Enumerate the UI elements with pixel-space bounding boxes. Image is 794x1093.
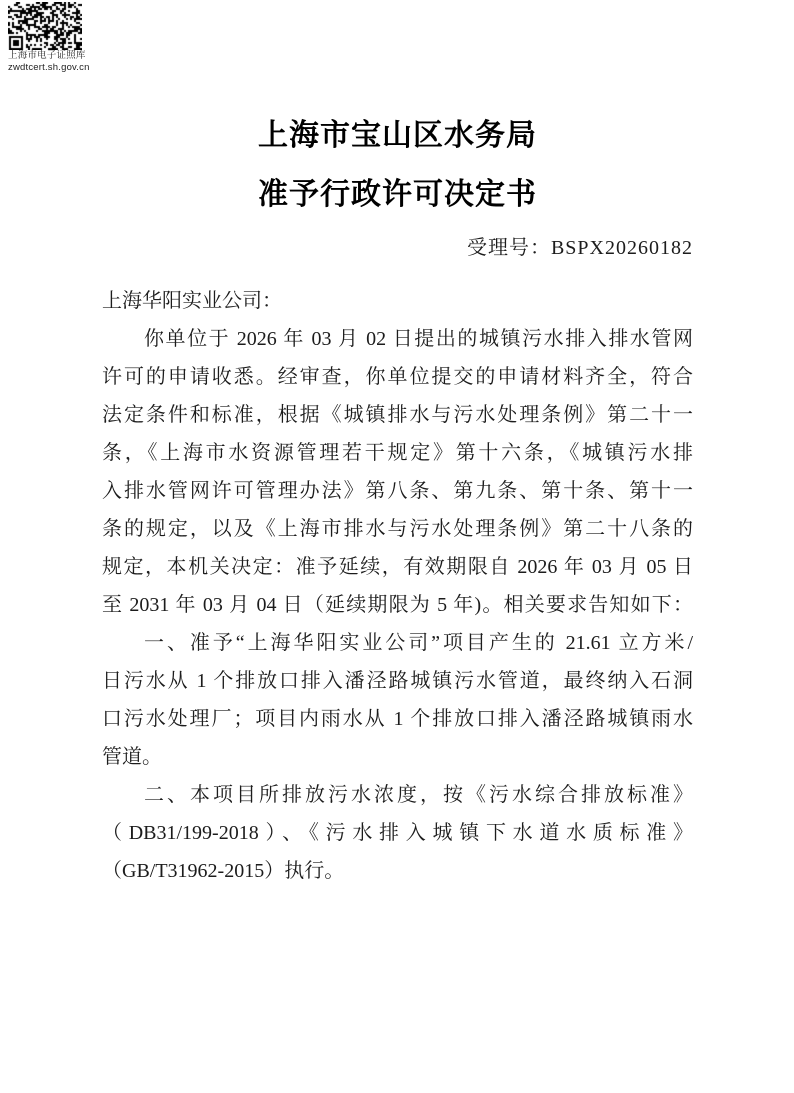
body-line: （GB/T31962-2015）执行。 bbox=[102, 852, 693, 890]
body-line: 管道。 bbox=[102, 738, 693, 776]
body-line: 许可的申请收悉。经审查，你单位提交的申请材料齐全，符合 bbox=[102, 358, 693, 396]
body-line-item-1: 一、准予“上海华阳实业公司”项目产生的 21.61 立方米/ bbox=[102, 624, 693, 662]
acceptance-number: 受理号：BSPX20260182 bbox=[102, 233, 693, 263]
body-line: 日污水从 1 个排放口排入潘泾路城镇污水管道，最终纳入石洞 bbox=[102, 662, 693, 700]
body-line: 至 2031 年 03 月 04 日（延续期限为 5 年)。相关要求告知如下： bbox=[102, 586, 693, 624]
body-line-item-2: 二、本项目所排放污水浓度，按《污水综合排放标准》 bbox=[102, 776, 693, 814]
qr-caption-url: zwdtcert.sh.gov.cn bbox=[8, 62, 94, 74]
qr-caption-title: 上海市电子证照库 bbox=[8, 50, 94, 62]
body-line: 规定，本机关决定：准予延续，有效期限自 2026 年 03 月 05 日 bbox=[102, 548, 693, 586]
body-line: 条的规定，以及《上海市排水与污水处理条例》第二十八条的 bbox=[102, 510, 693, 548]
document-title-type: 准予行政许可决定书 bbox=[102, 175, 693, 215]
document-body: 上海华阳实业公司： 你单位于 2026 年 03 月 02 日提出的城镇污水排入… bbox=[102, 282, 693, 890]
body-line: 口污水处理厂；项目内雨水从 1 个排放口排入潘泾路城镇雨水 bbox=[102, 700, 693, 738]
body-line: 你单位于 2026 年 03 月 02 日提出的城镇污水排入排水管网 bbox=[102, 320, 693, 358]
qr-block: 上海市电子证照库 zwdtcert.sh.gov.cn bbox=[8, 0, 94, 73]
body-line: （DB31/199-2018）、《污水排入城镇下水道水质标准》 bbox=[102, 814, 693, 852]
document-page: 上海市电子证照库 zwdtcert.sh.gov.cn 上海市宝山区水务局 准予… bbox=[0, 0, 794, 1093]
body-line: 法定条件和标准，根据《城镇排水与污水处理条例》第二十一 bbox=[102, 396, 693, 434]
qr-code-icon bbox=[8, 2, 82, 50]
body-line-addressee: 上海华阳实业公司： bbox=[102, 282, 693, 320]
body-line: 入排水管网许可管理办法》第八条、第九条、第十条、第十一 bbox=[102, 472, 693, 510]
body-line: 条，《上海市水资源管理若干规定》第十六条，《城镇污水排 bbox=[102, 434, 693, 472]
document-title-authority: 上海市宝山区水务局 bbox=[102, 116, 693, 156]
